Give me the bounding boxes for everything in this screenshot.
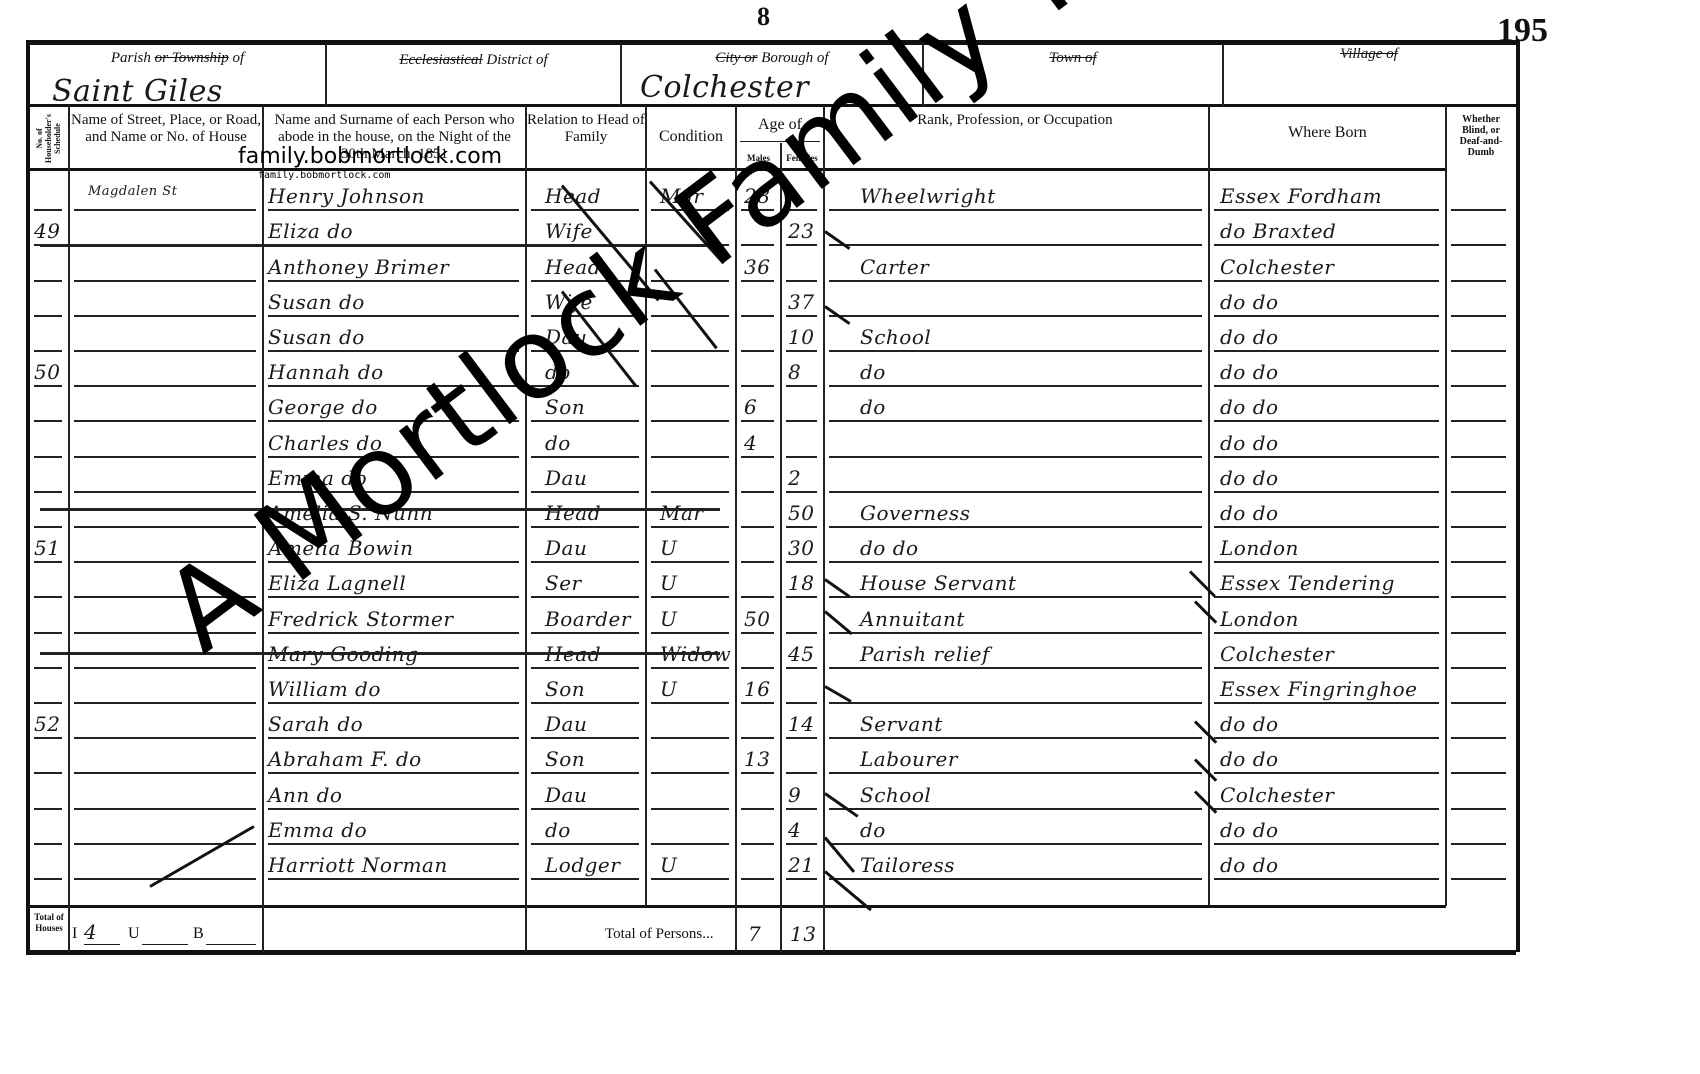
marital-condition: U	[660, 536, 677, 560]
row-rule	[34, 808, 62, 810]
row-rule	[741, 456, 774, 458]
birthplace: Essex Fordham	[1220, 184, 1382, 208]
row-rule	[34, 491, 62, 493]
person-name: Susan do	[268, 325, 365, 349]
birthplace: do do	[1220, 325, 1279, 349]
row-rule	[268, 702, 519, 704]
relation-to-head: do	[545, 431, 571, 455]
male-age: 16	[744, 677, 770, 701]
watermark-url-small: family.bobmortlock.com	[258, 170, 390, 181]
row-rule	[74, 315, 256, 317]
row-rule	[1214, 420, 1439, 422]
row-rule	[651, 596, 729, 598]
row-rule	[829, 244, 1202, 246]
row-rule	[74, 491, 256, 493]
row-rule	[1451, 526, 1506, 528]
person-name: Sarah do	[268, 712, 363, 736]
male-age: 50	[744, 607, 770, 631]
male-age: 6	[744, 395, 757, 419]
row-rule	[741, 878, 774, 880]
marital-condition: U	[660, 853, 677, 877]
female-age: 50	[788, 501, 814, 525]
row-rule	[829, 772, 1202, 774]
birthplace: do do	[1220, 501, 1279, 525]
row-rule	[531, 561, 639, 563]
blank-line	[84, 944, 120, 945]
row-rule	[741, 561, 774, 563]
row-rule	[651, 385, 729, 387]
row-rule	[829, 456, 1202, 458]
column-divider	[525, 106, 527, 952]
top-rule	[26, 40, 1516, 45]
row-rule	[34, 280, 62, 282]
row-rule	[741, 596, 774, 598]
row-rule	[34, 702, 62, 704]
row-rule	[1214, 843, 1439, 845]
row-rule	[1214, 667, 1439, 669]
row-rule	[1214, 737, 1439, 739]
row-rule	[531, 878, 639, 880]
relation-header: Relation to Head of Family	[527, 112, 645, 146]
schedule-number-header: No. of Householder's Schedule	[28, 108, 68, 168]
row-rule	[34, 315, 62, 317]
houses-inhabited-prefix: I	[72, 925, 77, 943]
female-age: 2	[788, 466, 801, 490]
row-rule	[531, 667, 639, 669]
row-rule	[34, 561, 62, 563]
occupation: do	[860, 818, 886, 842]
relation-to-head: Lodger	[545, 853, 620, 877]
row-rule	[786, 878, 817, 880]
row-rule	[34, 420, 62, 422]
person-name: Anthoney Brimer	[268, 255, 449, 279]
totals-rule	[30, 905, 1446, 908]
row-rule	[741, 632, 774, 634]
row-rule	[786, 526, 817, 528]
row-rule	[741, 667, 774, 669]
female-age: 4	[788, 818, 801, 842]
birthplace: do do	[1220, 818, 1279, 842]
parish-value: Saint Giles	[52, 74, 223, 109]
row-rule	[34, 667, 62, 669]
row-rule	[786, 772, 817, 774]
male-age: 13	[744, 747, 770, 771]
row-rule	[1214, 702, 1439, 704]
row-rule	[74, 737, 256, 739]
blank-line	[142, 944, 188, 945]
row-rule	[74, 385, 256, 387]
row-rule	[741, 702, 774, 704]
row-rule	[34, 456, 62, 458]
row-rule	[1214, 632, 1439, 634]
column-divider	[68, 106, 70, 952]
row-rule	[741, 280, 774, 282]
watermark-url-large: family.bobmortlock.com	[238, 144, 502, 169]
female-age: 37	[788, 290, 814, 314]
row-rule	[786, 561, 817, 563]
row-rule	[741, 315, 774, 317]
row-rule	[741, 385, 774, 387]
row-rule	[1451, 878, 1506, 880]
row-rule	[829, 209, 1202, 211]
row-rule	[741, 491, 774, 493]
row-rule	[1451, 843, 1506, 845]
males-total: 7	[748, 922, 761, 946]
row-rule	[786, 596, 817, 598]
male-age: 4	[744, 431, 757, 455]
row-rule	[786, 808, 817, 810]
infirmity-header: Whether Blind, or Deaf-and-Dumb	[1450, 114, 1512, 158]
occupation: House Servant	[860, 571, 1017, 595]
village-label: Village of	[1224, 46, 1514, 63]
row-rule	[531, 491, 639, 493]
row-rule	[1451, 491, 1506, 493]
row-rule	[1214, 209, 1439, 211]
row-rule	[1451, 772, 1506, 774]
row-rule	[651, 878, 729, 880]
row-rule	[34, 843, 62, 845]
row-rule	[1214, 878, 1439, 880]
row-rule	[1214, 315, 1439, 317]
row-rule	[786, 667, 817, 669]
person-name: Eliza do	[268, 219, 353, 243]
occupation: Annuitant	[860, 607, 965, 631]
row-rule	[651, 843, 729, 845]
female-age: 9	[788, 783, 801, 807]
row-rule	[268, 667, 519, 669]
schedule-number: 50	[34, 360, 60, 384]
row-rule	[74, 456, 256, 458]
row-rule	[829, 385, 1202, 387]
row-rule	[74, 843, 256, 845]
row-rule	[1451, 280, 1506, 282]
row-rule	[1214, 526, 1439, 528]
birthplace: do do	[1220, 747, 1279, 771]
row-rule	[786, 456, 817, 458]
row-rule	[651, 632, 729, 634]
street-header: Name of Street, Place, or Road, and Name…	[70, 112, 262, 146]
marital-condition: U	[660, 607, 677, 631]
row-rule	[786, 737, 817, 739]
row-rule	[829, 596, 1202, 598]
row-rule	[1451, 209, 1506, 211]
row-rule	[651, 456, 729, 458]
relation-to-head: Boarder	[545, 607, 631, 631]
row-rule	[1451, 385, 1506, 387]
row-rule	[34, 385, 62, 387]
relation-to-head: Dau	[545, 712, 587, 736]
row-rule	[531, 596, 639, 598]
birthplace: do do	[1220, 290, 1279, 314]
person-name: Emma do	[268, 818, 367, 842]
row-rule	[531, 737, 639, 739]
person-name: Henry Johnson	[268, 184, 425, 208]
relation-to-head: Son	[545, 677, 585, 701]
row-rule	[1451, 420, 1506, 422]
row-rule	[829, 491, 1202, 493]
person-name: William do	[268, 677, 381, 701]
row-rule	[1451, 737, 1506, 739]
row-rule	[829, 878, 1202, 880]
row-rule	[268, 808, 519, 810]
row-rule	[829, 737, 1202, 739]
row-rule	[1451, 667, 1506, 669]
row-rule	[786, 491, 817, 493]
relation-to-head: Son	[545, 747, 585, 771]
marital-condition: U	[660, 677, 677, 701]
row-rule	[74, 808, 256, 810]
row-rule	[651, 667, 729, 669]
birthplace: Colchester	[1220, 642, 1334, 666]
houses-building-prefix: B	[193, 925, 204, 943]
row-rule	[34, 526, 62, 528]
row-rule	[1214, 808, 1439, 810]
row-rule	[651, 737, 729, 739]
row-rule	[268, 632, 519, 634]
row-rule	[268, 878, 519, 880]
female-age: 18	[788, 571, 814, 595]
row-rule	[829, 702, 1202, 704]
marital-condition: U	[660, 571, 677, 595]
row-rule	[651, 808, 729, 810]
row-rule	[268, 737, 519, 739]
female-age: 8	[788, 360, 801, 384]
relation-to-head: Ser	[545, 571, 582, 595]
female-age: 14	[788, 712, 814, 736]
row-rule	[74, 420, 256, 422]
birthplace: do do	[1220, 360, 1279, 384]
row-rule	[651, 772, 729, 774]
houses-inhabited-value: 4	[84, 920, 97, 944]
females-total: 13	[790, 922, 816, 946]
column-divider	[1208, 106, 1210, 906]
row-rule	[741, 843, 774, 845]
occupation: Tailoress	[860, 853, 955, 877]
person-name: Hannah do	[268, 360, 384, 384]
row-rule	[786, 350, 817, 352]
row-rule	[786, 280, 817, 282]
row-rule	[531, 808, 639, 810]
row-rule	[531, 632, 639, 634]
row-rule	[1214, 385, 1439, 387]
row-rule	[829, 350, 1202, 352]
row-rule	[531, 843, 639, 845]
row-rule	[34, 878, 62, 880]
birthplace: London	[1220, 607, 1299, 631]
row-rule	[651, 350, 729, 352]
row-rule	[741, 737, 774, 739]
occupation: Wheelwright	[860, 184, 996, 208]
occupation: do	[860, 395, 886, 419]
birthplace: Colchester	[1220, 783, 1334, 807]
row-rule	[1214, 772, 1439, 774]
row-rule	[531, 526, 639, 528]
row-rule	[1451, 596, 1506, 598]
occupation: do do	[860, 536, 919, 560]
row-rule	[1451, 561, 1506, 563]
row-rule	[74, 702, 256, 704]
row-rule	[1214, 561, 1439, 563]
person-name: Harriott Norman	[268, 853, 448, 877]
row-rule	[829, 315, 1202, 317]
female-age: 10	[788, 325, 814, 349]
row-rule	[531, 702, 639, 704]
female-age: 45	[788, 642, 814, 666]
row-rule	[741, 350, 774, 352]
occupation: School	[860, 783, 931, 807]
birthplace: do do	[1220, 712, 1279, 736]
row-rule	[829, 420, 1202, 422]
row-rule	[1451, 244, 1506, 246]
female-age: 30	[788, 536, 814, 560]
bottom-rule	[26, 950, 1516, 955]
row-rule	[74, 772, 256, 774]
birthplace: do Braxted	[1220, 219, 1336, 243]
occupation: Labourer	[860, 747, 958, 771]
occupation: do	[860, 360, 886, 384]
female-age: 21	[788, 853, 814, 877]
total-persons-label: Total of Persons...	[605, 926, 714, 943]
row-rule	[786, 385, 817, 387]
row-rule	[1214, 350, 1439, 352]
folio-number-center: 8	[757, 2, 770, 32]
row-rule	[1451, 702, 1506, 704]
row-rule	[74, 209, 256, 211]
row-rule	[1214, 596, 1439, 598]
relation-to-head: Dau	[545, 466, 587, 490]
row-rule	[268, 843, 519, 845]
row-rule	[786, 632, 817, 634]
ecclesiastical-district-label: Ecclesiastical District of	[327, 52, 620, 69]
row-rule	[1451, 632, 1506, 634]
row-rule	[34, 772, 62, 774]
row-rule	[34, 737, 62, 739]
row-rule	[268, 209, 519, 211]
row-rule	[829, 808, 1202, 810]
row-rule	[1451, 808, 1506, 810]
row-rule	[74, 280, 256, 282]
occupation: Servant	[860, 712, 943, 736]
row-rule	[829, 526, 1202, 528]
occupation: Carter	[860, 255, 929, 279]
row-rule	[829, 843, 1202, 845]
marital-condition: Mar	[660, 501, 703, 525]
row-rule	[829, 632, 1202, 634]
relation-to-head: Dau	[545, 783, 587, 807]
row-rule	[741, 526, 774, 528]
birthplace: Colchester	[1220, 255, 1334, 279]
row-rule	[34, 350, 62, 352]
street-address: Magdalen St	[88, 184, 177, 199]
relation-to-head: Dau	[545, 536, 587, 560]
where-born-header: Where Born	[1210, 124, 1445, 141]
row-rule	[34, 596, 62, 598]
row-rule	[74, 350, 256, 352]
row-rule	[1451, 315, 1506, 317]
row-rule	[829, 561, 1202, 563]
row-rule	[786, 843, 817, 845]
row-rule	[1214, 244, 1439, 246]
birthplace: do do	[1220, 395, 1279, 419]
row-rule	[1451, 350, 1506, 352]
row-rule	[34, 209, 62, 211]
occupation: Parish relief	[860, 642, 990, 666]
birthplace: London	[1220, 536, 1299, 560]
row-rule	[1214, 280, 1439, 282]
row-rule	[786, 315, 817, 317]
row-rule	[34, 632, 62, 634]
row-rule	[268, 772, 519, 774]
row-rule	[829, 667, 1202, 669]
person-name: Abraham F. do	[268, 747, 422, 771]
parish-label: Parish or Township of	[30, 50, 325, 67]
birthplace: Essex Fingringhoe	[1220, 677, 1417, 701]
birthplace: do do	[1220, 431, 1279, 455]
relation-to-head: do	[545, 818, 571, 842]
row-rule	[651, 526, 729, 528]
row-rule	[1214, 456, 1439, 458]
row-rule	[786, 420, 817, 422]
row-rule	[651, 491, 729, 493]
column-divider	[1445, 106, 1447, 906]
birthplace: Essex Tendering	[1220, 571, 1395, 595]
row-rule	[531, 456, 639, 458]
row-rule	[651, 420, 729, 422]
schedule-number: 51	[34, 536, 60, 560]
person-name: Susan do	[268, 290, 365, 314]
row-rule	[741, 420, 774, 422]
schedule-number: 49	[34, 219, 60, 243]
row-rule	[268, 280, 519, 282]
total-houses-label: Total of Houses	[30, 912, 68, 934]
column-divider	[780, 143, 782, 952]
birthplace: do do	[1220, 466, 1279, 490]
birthplace: do do	[1220, 853, 1279, 877]
row-rule	[651, 561, 729, 563]
row-rule	[741, 772, 774, 774]
schedule-number: 52	[34, 712, 60, 736]
row-rule	[741, 808, 774, 810]
row-rule	[1214, 491, 1439, 493]
occupation: School	[860, 325, 931, 349]
row-rule	[829, 280, 1202, 282]
relation-to-head: Head	[545, 501, 601, 525]
occupation: Governess	[860, 501, 970, 525]
row-rule	[531, 772, 639, 774]
blank-line	[206, 944, 256, 945]
houses-uninhabited-prefix: U	[128, 925, 140, 943]
household-separator	[40, 652, 720, 655]
person-name: Ann do	[268, 783, 342, 807]
row-rule	[651, 702, 729, 704]
row-rule	[1451, 456, 1506, 458]
row-rule	[786, 702, 817, 704]
